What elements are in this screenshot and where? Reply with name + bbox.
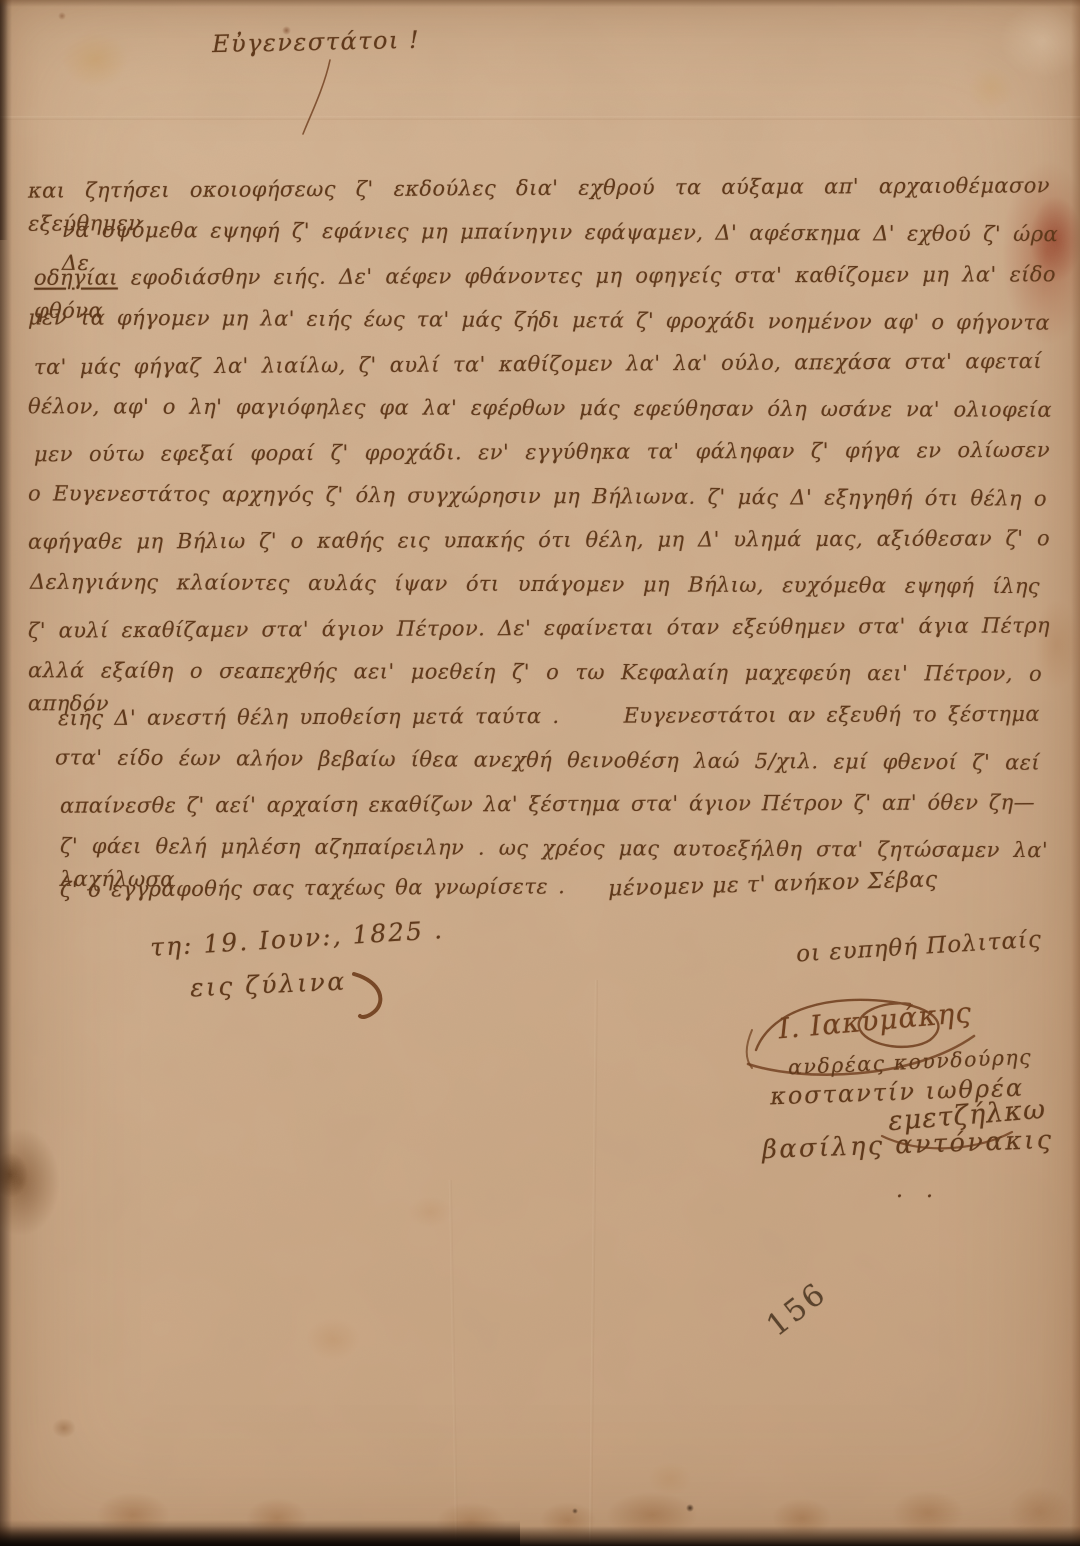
manuscript-page: Εὐγενεστάτοι ! και ζητήσει οκοιοφήσεως ζ… — [0, 0, 1080, 1546]
signature-salutation: οι ευπηθή Πολιταίς — [795, 927, 1042, 968]
salutation-heading: Εὐγενεστάτοι ! — [212, 26, 421, 58]
body-line-8: ο Ευγενεστάτος αρχηγός ζ' όλη συγχώρησιν… — [28, 477, 1047, 515]
signature-name-4: βασίλης αντόνακις — [762, 1125, 1054, 1165]
heading-descender-stroke — [300, 58, 336, 138]
signature-dots: . . — [896, 1178, 941, 1203]
place-flourish — [348, 968, 390, 1024]
body-line-11: ζ' αυλί εκαθίζαμεν στα' άγιον Πέτρον. Δε… — [28, 609, 1050, 647]
body-line-14: στα' είδο έων αλήον βεβαίω ίθεα ανεχθή θ… — [55, 741, 1040, 779]
body-line-15: απαίνεσθε ζ' αεί' αρχαίση εκαθίζων λα' ξ… — [60, 786, 1035, 822]
archive-number: 156 — [760, 1275, 834, 1343]
body-line-5: τα' μάς φήγαζ λα' λιαίλω, ζ' αυλί τα' κα… — [34, 345, 1042, 384]
body-line-7: μεν ούτω εφεξαί φοραί ζ' φροχάδι. εν' εγ… — [34, 434, 1050, 471]
body-line-17: ζ' ο εγγραφοθής σας ταχέως θα γνωρίσετε … — [60, 874, 565, 902]
underlined-word: οδηγίαι — [34, 265, 118, 289]
body-line-4: μεν τα φήγομεν μη λα' ειής έως τα' μάς ζ… — [28, 301, 1050, 339]
handwriting-layer: Εὐγενεστάτοι ! και ζητήσει οκοιοφήσεως ζ… — [0, 0, 1080, 1546]
body-line-6: θέλον, αφ' ο λη' φαγιόφηλες φα λα' εφέρθ… — [28, 390, 1052, 427]
body-line-10: Δεληγιάνης κλαίοντες αυλάς ίψαν ότι υπάγ… — [30, 566, 1040, 603]
place-line: εις ζύλινα — [189, 967, 347, 1003]
body-line-9: αφήγαθε μη Βήλιω ζ' ο καθής εις υπακής ό… — [28, 522, 1050, 559]
body-line-13: ειής Δ' ανεστή θέλη υποθείση μετά ταύτα … — [58, 698, 1040, 735]
date-line: τη: 19. Ιουν:, 1825 . — [149, 915, 444, 962]
